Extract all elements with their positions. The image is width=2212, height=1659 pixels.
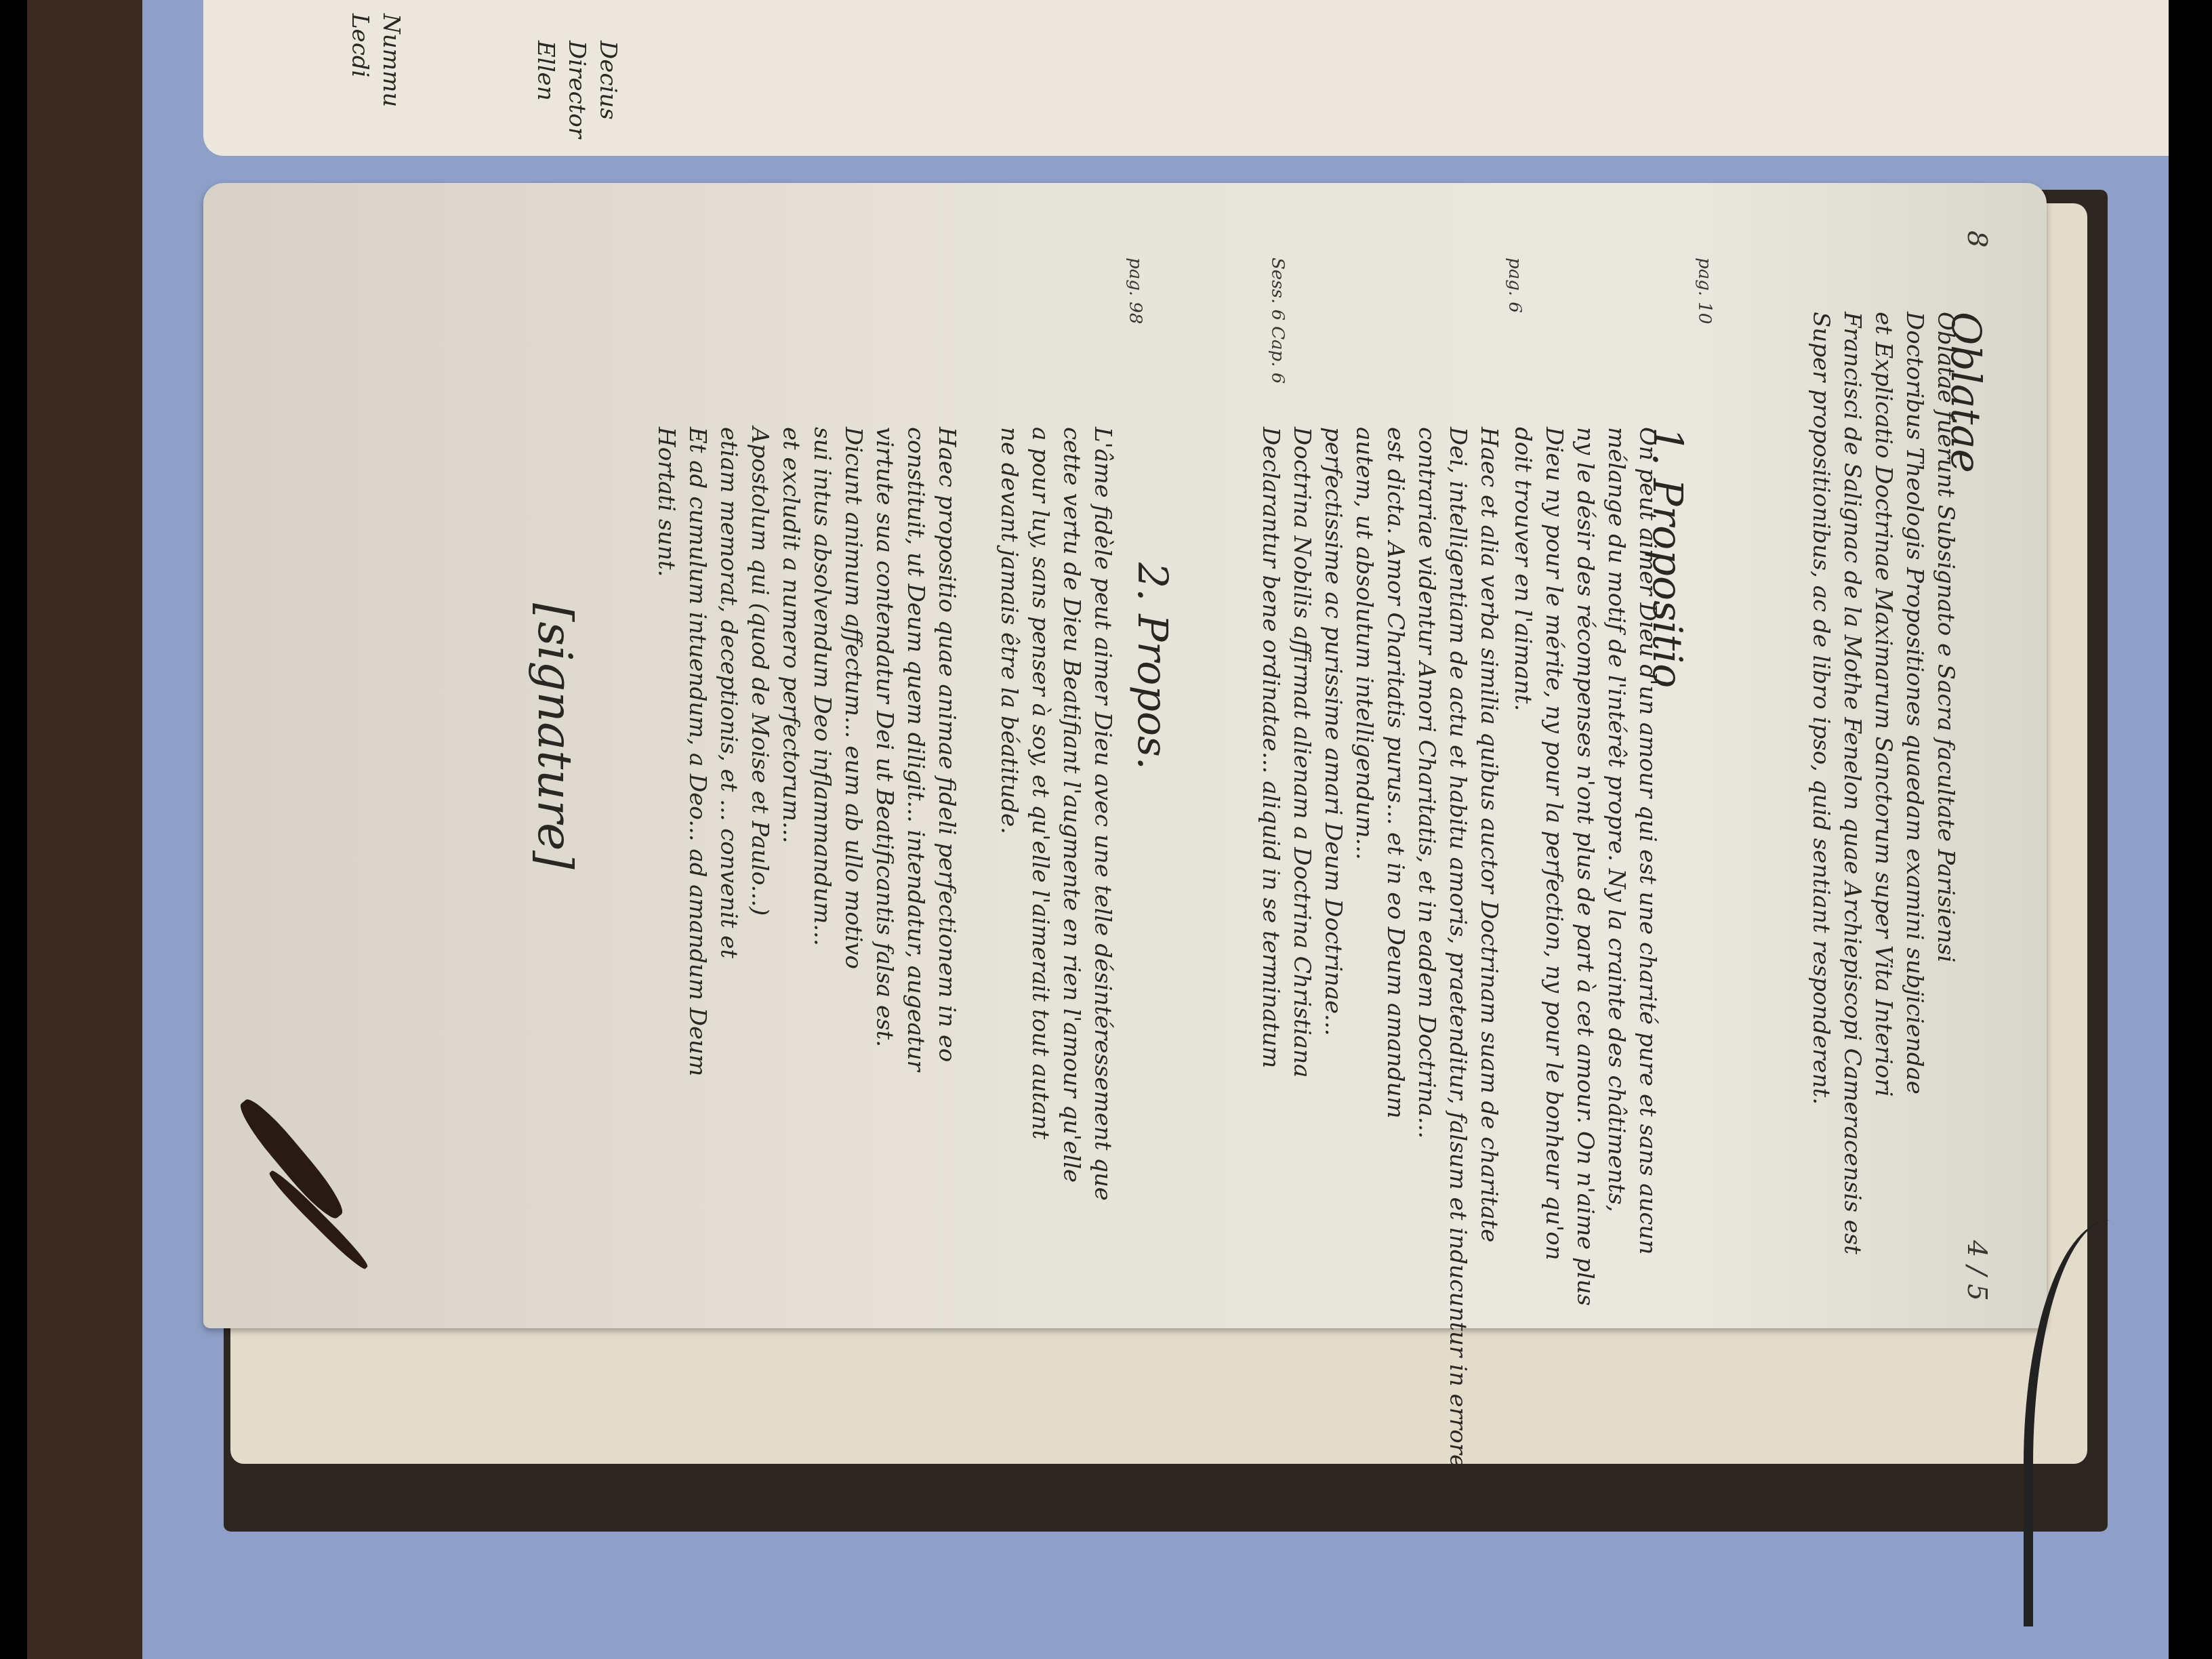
prev-line: Nummu (375, 14, 407, 107)
margin-note: pag. 10 (1694, 258, 1715, 324)
text-line: Apostolum qui (quod de Moise et Paulo...… (744, 427, 775, 1076)
text-line: perfectissime ac purissime amari Deum Do… (1317, 427, 1349, 1490)
heading: Oblatae (1961, 312, 1992, 1254)
text-line: sui intus absolvendum Deo inflammandum..… (806, 427, 838, 1076)
text-line: autem, ut absolutum intelligendum... (1349, 427, 1380, 1490)
text-line: et excludit a numero perfectorum... (775, 427, 806, 1076)
text-line: est dicta. Amor Charitatis purus... et i… (1380, 427, 1411, 1490)
text-line: L'âme fidèle peut aimer Dieu avec une te… (1087, 427, 1118, 1201)
folio-number: 8 (1961, 230, 1992, 247)
proposition-2: 2. Propos. (1148, 562, 1179, 770)
prev-page-fragment: Decius Director Ellen (530, 41, 623, 138)
text-line: etiam memorat, deceptionis, et ... conve… (713, 427, 744, 1076)
prev-line: Lecdi (344, 14, 375, 107)
prev-line: Director (561, 41, 592, 138)
previous-page: Nummu Lecdi Decius Director Ellen (203, 0, 2169, 156)
prev-line: Decius (592, 41, 623, 138)
proposition-1: 1. Propositio On peut aimer Dieu d'un am… (1507, 427, 1694, 1306)
intro-line: Super propositionibus, ac de libro ipso,… (1805, 312, 1837, 1254)
proposition-label: 1. Propositio (1663, 427, 1694, 1306)
margin-note: pag. 6 (1504, 258, 1525, 313)
text-line: contrariae videntur Amori Charitatis, et… (1411, 427, 1442, 1490)
text-line: mélange du motif de l'intérêt propre. Ny… (1601, 427, 1632, 1306)
text-line: cette vertu de Dieu Beatifiant l'augment… (1056, 427, 1087, 1201)
intro-line: Doctoribus Theologis Propositiones quaed… (1899, 312, 1930, 1254)
text-line: Dicunt animum affectum... eum ab ullo mo… (838, 427, 869, 1076)
proposition-label: 2. Propos. (1148, 562, 1179, 770)
manuscript-page: 8 4 / 5 Oblatae Oblatae fuerunt Subsigna… (203, 183, 2047, 1328)
censure-1: Haec et alia verba similia quibus auctor… (1255, 427, 1504, 1490)
margin-note: pag. 98 (1125, 258, 1145, 324)
text-line: On peut aimer Dieu d'un amour qui est un… (1632, 427, 1663, 1306)
margin-note: Sess. 6 Cap. 6 (1267, 258, 1288, 384)
table-edge (27, 0, 142, 1659)
text-line: ne devant jamais être la béatitude. (994, 427, 1025, 1201)
text-line: Doctrina Nobilis affirmat alienam a Doct… (1286, 427, 1317, 1490)
text-line: Haec et alia verba similia quibus auctor… (1473, 427, 1504, 1490)
text-line: Hortati sunt. (651, 427, 682, 1076)
text-line: constituit, ut Deum quem diligit... inte… (900, 427, 931, 1076)
text-line: Haec propositio quae animae fideli perfe… (931, 427, 962, 1076)
intro-line: Oblatae fuerunt Subsignato e Sacra facul… (1930, 312, 1961, 1254)
signature: [signature] (527, 603, 583, 869)
intro-line: et Explicatio Doctrinae Maximarum Sancto… (1868, 312, 1899, 1254)
text-line: Declarantur bene ordinatae... aliquid in… (1255, 427, 1286, 1490)
text-line: Dieu ny pour le mérite, ny pour la perfe… (1538, 427, 1570, 1306)
text-line: ny le désir des récompenses n'ont plus d… (1570, 427, 1601, 1306)
text-line: virtute sua contendatur Dei ut Beatifica… (869, 427, 900, 1076)
intro-line: Francisci de Salignac de la Mothe Fenelo… (1837, 312, 1868, 1254)
text-line: a pour luy, sans penser à soy, et qu'ell… (1025, 427, 1056, 1201)
text-line: doit trouver en l'aimant. (1507, 427, 1538, 1306)
prev-page-fragment: Nummu Lecdi (344, 14, 407, 107)
text-line: Dei, intelligentiam de actu et habitu am… (1442, 427, 1473, 1490)
text-line: Et ad cumulum intuendum, a Deo... ad ama… (682, 427, 713, 1076)
manuscript-photo: Nummu Lecdi Decius Director Ellen 8 4 / … (27, 0, 2169, 1659)
proposition-2-text: L'âme fidèle peut aimer Dieu avec une te… (994, 427, 1118, 1201)
prev-line: Ellen (530, 41, 561, 138)
intro-block: Oblatae Oblatae fuerunt Subsignato e Sac… (1805, 312, 1992, 1254)
censure-2: Haec propositio quae animae fideli perfe… (651, 427, 962, 1076)
